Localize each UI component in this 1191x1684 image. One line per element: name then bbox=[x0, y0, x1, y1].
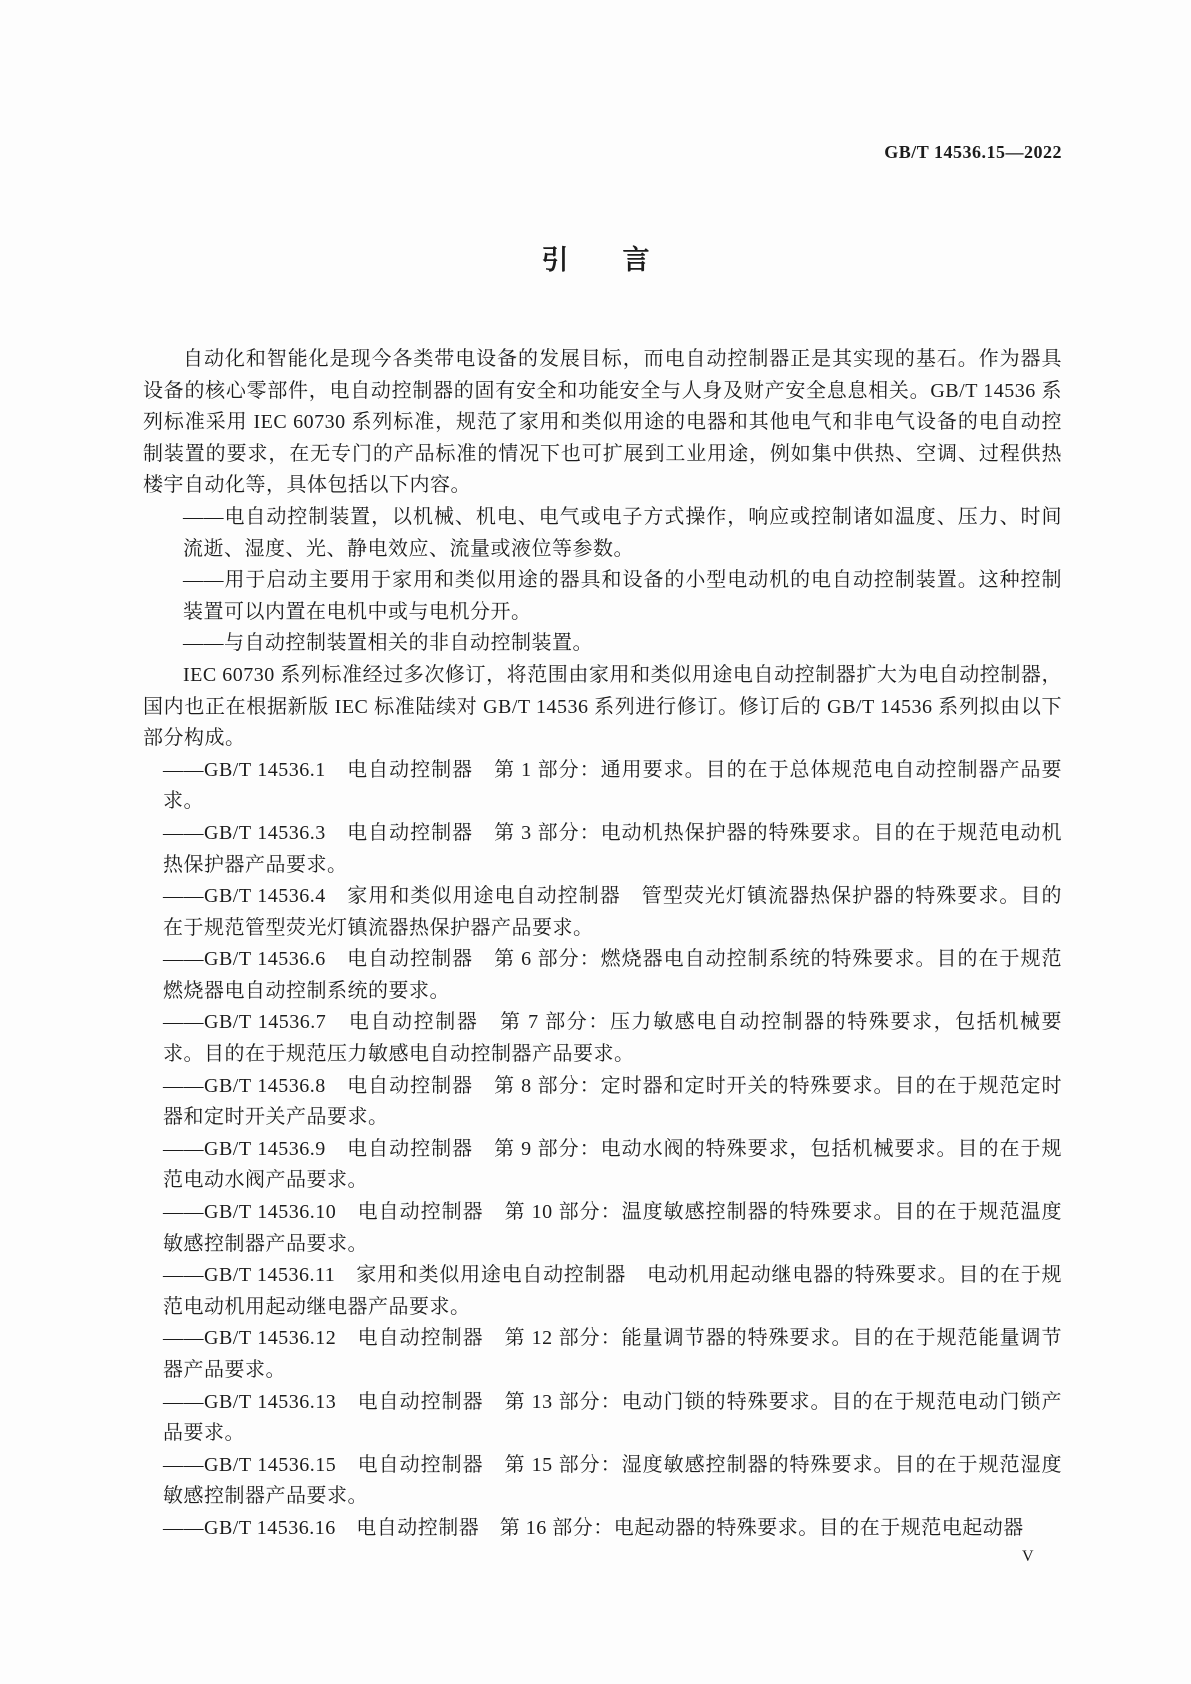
series-part-item: ——GB/T 14536.12 电自动控制器 第 12 部分：能量调节器的特殊要… bbox=[143, 1323, 1062, 1386]
document-body: 自动化和智能化是现今各类带电设备的发展目标，而电自动控制器正是其实现的基石。作为… bbox=[143, 344, 1062, 1545]
standard-number: GB/T 14536.15—2022 bbox=[884, 142, 1062, 163]
scope-bullet-item: ——用于启动主要用于家用和类似用途的器具和设备的小型电动机的电自动控制装置。这种… bbox=[143, 565, 1062, 628]
page-title: 引 言 bbox=[0, 238, 1191, 277]
page-number: V bbox=[1022, 1548, 1034, 1566]
series-part-item: ——GB/T 14536.13 电自动控制器 第 13 部分：电动门锁的特殊要求… bbox=[143, 1387, 1062, 1450]
series-part-item: ——GB/T 14536.4 家用和类似用途电自动控制器 管型荧光灯镇流器热保护… bbox=[143, 881, 1062, 944]
document-page: GB/T 14536.15—2022 引 言 自动化和智能化是现今各类带电设备的… bbox=[0, 0, 1191, 1684]
series-part-item: ——GB/T 14536.1 电自动控制器 第 1 部分：通用要求。目的在于总体… bbox=[143, 755, 1062, 818]
series-part-item: ——GB/T 14536.6 电自动控制器 第 6 部分：燃烧器电自动控制系统的… bbox=[143, 944, 1062, 1007]
intro-paragraph-2: IEC 60730 系列标准经过多次修订，将范围由家用和类似用途电自动控制器扩大… bbox=[143, 660, 1062, 755]
scope-bullet-item: ——与自动控制装置相关的非自动控制装置。 bbox=[143, 628, 1062, 660]
scope-bullet-item: ——电自动控制装置，以机械、机电、电气或电子方式操作，响应或控制诸如温度、压力、… bbox=[143, 502, 1062, 565]
series-part-item: ——GB/T 14536.15 电自动控制器 第 15 部分：湿度敏感控制器的特… bbox=[143, 1450, 1062, 1513]
series-part-item: ——GB/T 14536.10 电自动控制器 第 10 部分：温度敏感控制器的特… bbox=[143, 1197, 1062, 1260]
series-part-item: ——GB/T 14536.11 家用和类似用途电自动控制器 电动机用起动继电器的… bbox=[143, 1260, 1062, 1323]
series-part-item: ——GB/T 14536.3 电自动控制器 第 3 部分：电动机热保护器的特殊要… bbox=[143, 818, 1062, 881]
intro-paragraph-1: 自动化和智能化是现今各类带电设备的发展目标，而电自动控制器正是其实现的基石。作为… bbox=[143, 344, 1062, 502]
series-part-item: ——GB/T 14536.7 电自动控制器 第 7 部分：压力敏感电自动控制器的… bbox=[143, 1007, 1062, 1070]
series-part-item: ——GB/T 14536.8 电自动控制器 第 8 部分：定时器和定时开关的特殊… bbox=[143, 1071, 1062, 1134]
series-part-item: ——GB/T 14536.9 电自动控制器 第 9 部分：电动水阀的特殊要求，包… bbox=[143, 1134, 1062, 1197]
series-part-item: ——GB/T 14536.16 电自动控制器 第 16 部分：电起动器的特殊要求… bbox=[143, 1513, 1062, 1545]
